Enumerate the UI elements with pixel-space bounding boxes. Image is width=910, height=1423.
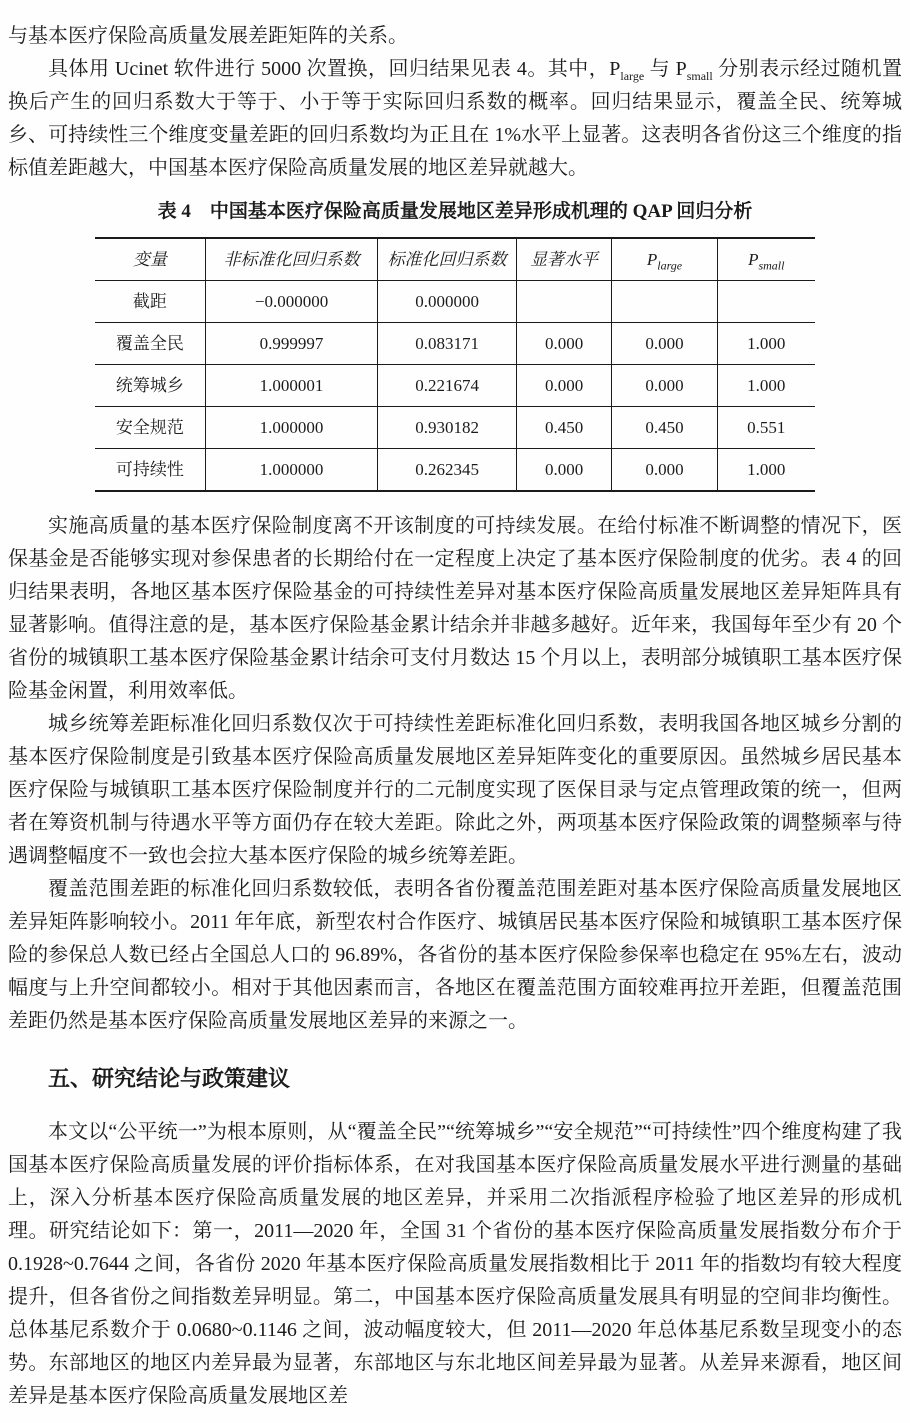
table-cell: 1.000: [717, 449, 815, 492]
table-cell: [516, 281, 612, 323]
paragraph: 实施高质量的基本医疗保险制度离不开该制度的可持续发展。在给付标准不断调整的情况下…: [8, 510, 902, 708]
table-cell: 0.450: [516, 407, 612, 449]
table-cell: 安全规范: [95, 407, 205, 449]
subscript: large: [657, 258, 682, 272]
paragraph: 城乡统筹差距标准化回归系数仅次于可持续性差距标准化回归系数，表明我国各地区城乡分…: [8, 708, 902, 873]
paragraph: 本文以“公平统一”为根本原则，从“覆盖全民”“统筹城乡”“安全规范”“可持续性”…: [8, 1116, 902, 1413]
table-cell: 0.083171: [378, 323, 516, 365]
table-row: 覆盖全民0.9999970.0831710.0000.0001.000: [95, 323, 815, 365]
text-block-after-table: 实施高质量的基本医疗保险制度离不开该制度的可持续发展。在给付标准不断调整的情况下…: [8, 510, 902, 1038]
paragraph: 与基本医疗保险高质量发展差距矩阵的关系。: [8, 20, 902, 53]
table-cell: 0.221674: [378, 365, 516, 407]
table-cell: −0.000000: [205, 281, 378, 323]
table-cell: 可持续性: [95, 449, 205, 492]
paragraph: 具体用 Ucinet 软件进行 5000 次置换，回归结果见表 4。其中，Pla…: [8, 53, 902, 185]
table-cell: 0.999997: [205, 323, 378, 365]
table-cell: 统筹城乡: [95, 365, 205, 407]
table-cell: 0.262345: [378, 449, 516, 492]
table-cell: 覆盖全民: [95, 323, 205, 365]
qap-regression-table: 变量非标准化回归系数标准化回归系数显著水平PlargePsmall 截距−0.0…: [95, 237, 815, 492]
document-page: 与基本医疗保险高质量发展差距矩阵的关系。具体用 Ucinet 软件进行 5000…: [0, 0, 910, 1423]
table-cell: 1.000: [717, 365, 815, 407]
table-row: 安全规范1.0000000.9301820.4500.4500.551: [95, 407, 815, 449]
table-row: 统筹城乡1.0000010.2216740.0000.0001.000: [95, 365, 815, 407]
subscript: small: [687, 69, 713, 83]
table-cell: 0.000: [612, 449, 717, 492]
text-block-before-table: 与基本医疗保险高质量发展差距矩阵的关系。具体用 Ucinet 软件进行 5000…: [8, 20, 902, 185]
table-caption: 表 4 中国基本医疗保险高质量发展地区差异形成机理的 QAP 回归分析: [8, 199, 902, 225]
table-cell: 0.000: [516, 323, 612, 365]
table-cell: 0.000: [612, 365, 717, 407]
table-row: 截距−0.0000000.000000: [95, 281, 815, 323]
subscript: large: [620, 69, 644, 83]
table-cell: 0.000: [612, 323, 717, 365]
table-header-row: 变量非标准化回归系数标准化回归系数显著水平PlargePsmall: [95, 238, 815, 281]
table-cell: 0.000000: [378, 281, 516, 323]
table-cell: [612, 281, 717, 323]
table-row: 可持续性1.0000000.2623450.0000.0001.000: [95, 449, 815, 492]
column-header: 变量: [95, 238, 205, 281]
column-header: Plarge: [612, 238, 717, 281]
table-section: 表 4 中国基本医疗保险高质量发展地区差异形成机理的 QAP 回归分析 变量非标…: [8, 199, 902, 492]
table-cell: 0.551: [717, 407, 815, 449]
section-heading: 五、研究结论与政策建议: [8, 1064, 902, 1094]
table-body: 截距−0.0000000.000000覆盖全民0.9999970.0831710…: [95, 281, 815, 492]
text-block-after-heading: 本文以“公平统一”为根本原则，从“覆盖全民”“统筹城乡”“安全规范”“可持续性”…: [8, 1116, 902, 1413]
table-cell: 0.450: [612, 407, 717, 449]
column-header: 标准化回归系数: [378, 238, 516, 281]
table-cell: [717, 281, 815, 323]
table-cell: 1.000000: [205, 407, 378, 449]
table-cell: 1.000000: [205, 449, 378, 492]
table-cell: 截距: [95, 281, 205, 323]
table-cell: 1.000: [717, 323, 815, 365]
table-cell: 0.000: [516, 449, 612, 492]
table-cell: 1.000001: [205, 365, 378, 407]
column-header: Psmall: [717, 238, 815, 281]
table-cell: 0.000: [516, 365, 612, 407]
column-header: 非标准化回归系数: [205, 238, 378, 281]
table-cell: 0.930182: [378, 407, 516, 449]
column-header: 显著水平: [516, 238, 612, 281]
paragraph: 覆盖范围差距的标准化回归系数较低，表明各省份覆盖范围差距对基本医疗保险高质量发展…: [8, 873, 902, 1038]
subscript: small: [758, 258, 784, 272]
table-row: 变量非标准化回归系数标准化回归系数显著水平PlargePsmall: [95, 238, 815, 281]
